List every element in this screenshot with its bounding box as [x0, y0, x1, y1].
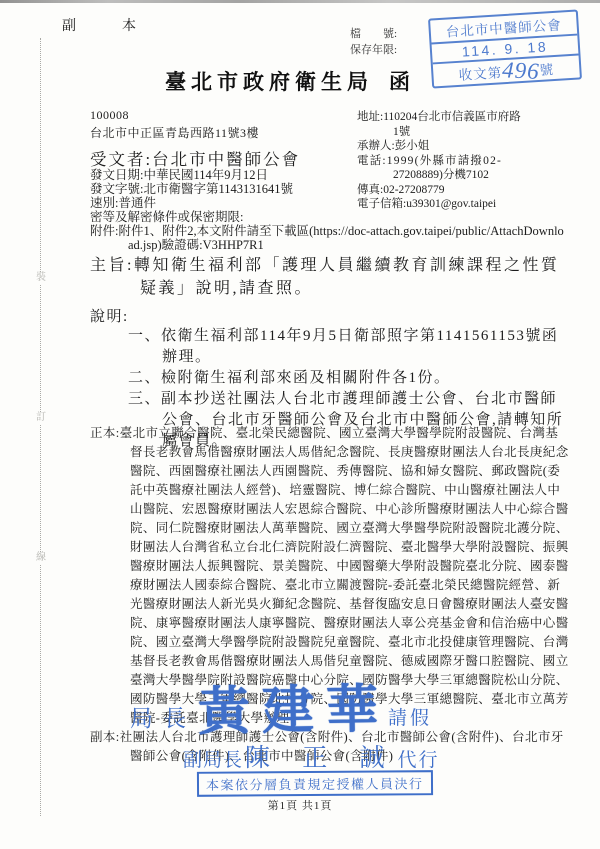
copy-list: 社團法人台北市護理師護士公會(含附件)、台北市醫師公會(含附件)、台北市牙醫師公…: [120, 730, 564, 763]
recipient-block: 100008 台北市中正區青島西路11號3樓 受文者:台北市中醫師公會: [90, 108, 300, 170]
item-1-text: 依衛生福利部114年9月5日衛部照字第1141561153號函辦理。: [161, 328, 558, 365]
security-classification: 密等及解密條件或保密期限:: [90, 210, 568, 224]
contact-officer: 承辦人:彭小姐: [357, 139, 577, 154]
distribution-block: 正本:臺北市立聯合醫院、臺北榮民總醫院、國立臺灣大學醫學院附設醫院、台灣基督長老…: [90, 424, 571, 766]
document-number: 發文字號:北市衛醫字第1143131641號: [90, 182, 568, 196]
page-number-footer: 第1頁 共1頁: [0, 797, 600, 813]
subject-label: 主旨:: [90, 257, 134, 274]
subject-text: 轉知衛生福利部「護理人員繼續教育訓練課程之性質疑義」說明,請查照。: [134, 257, 560, 297]
copy-recipients: 副本:社團法人台北市護理師護士公會(含附件)、台北市醫師公會(含附件)、台北市牙…: [90, 728, 571, 766]
attachment-text: 附件1、附件2,本文附件請至下載區(https://doc-attach.gov…: [118, 224, 563, 252]
scanned-official-letter: 裝 訂 線 副 本 檔 號: 保存年限: 台北市中醫師公會 114. 9. 18…: [0, 0, 600, 849]
original-recipients: 正本:臺北市立聯合醫院、臺北榮民總醫院、國立臺灣大學醫學院附設醫院、台灣基督長老…: [90, 424, 571, 728]
document-meta-block: 發文日期:中華民國114年9月12日 發文字號:北市衛醫字第1143131641…: [90, 168, 568, 252]
original-label: 正本:: [90, 426, 120, 440]
attachment-label: 附件:: [90, 224, 118, 238]
explanation-item-2: 二、檢附衛生福利部來函及相關附件各1份。: [128, 368, 568, 389]
copy-label: 副 本: [62, 15, 152, 35]
item-1-number: 一、: [128, 328, 161, 344]
binding-dotted-line: [40, 38, 41, 816]
explanation-item-1: 一、依衛生福利部114年9月5日衛部照字第1141561153號函辦理。: [128, 326, 568, 368]
recipient-line: 受文者:台北市中醫師公會: [90, 146, 300, 170]
contact-address-line2: 1號: [357, 125, 577, 140]
copy-recipients-label: 副本:: [90, 730, 120, 744]
item-2-text: 檢附衛生福利部來函及相關附件各1份。: [161, 370, 451, 386]
delivery-speed: 速別:普通件: [90, 196, 568, 210]
recipient-address: 台北市中正區青島西路11號3樓: [90, 124, 300, 141]
doc-type: 函: [389, 70, 415, 94]
binding-mark-xian: 線: [34, 552, 48, 564]
contact-address-line1: 地址:110204台北市信義區市府路: [357, 110, 577, 125]
item-3-number: 三、: [128, 391, 161, 407]
recipient-name: 台北市中醫師公會: [152, 150, 300, 169]
contact-phone-line1: 電話:1999(外縣市請撥02-: [357, 154, 577, 169]
scan-edge-artifact: [0, 0, 600, 3]
retention-period-label: 保存年限:: [350, 42, 397, 58]
binding-mark-ding: 訂: [34, 412, 48, 424]
page-title: 臺北市政府衛生局函: [100, 66, 480, 96]
recipient-label: 受文者:: [90, 150, 152, 169]
issuing-agency: 臺北市政府衛生局: [165, 70, 373, 94]
authorization-stamp: 本案依分層負責規定授權人員決行: [197, 770, 433, 797]
receipt-number-suffix: 號: [539, 62, 554, 78]
receipt-number-handwritten: 496: [502, 63, 540, 79]
issue-date: 發文日期:中華民國114年9月12日: [90, 168, 568, 182]
file-number-block: 檔 號: 保存年限:: [350, 26, 397, 58]
item-2-number: 二、: [128, 370, 161, 386]
attachment-line: 附件:附件1、附件2,本文附件請至下載區(https://doc-attach.…: [90, 224, 568, 252]
explanation-label: 說明:: [90, 305, 568, 326]
file-number-label: 檔 號:: [350, 26, 397, 42]
letter-body: 主旨:轉知衛生福利部「護理人員繼續教育訓練課程之性質疑義」說明,請查照。 說明:…: [90, 254, 568, 452]
original-list: 臺北市立聯合醫院、臺北榮民總醫院、國立臺灣大學醫學院附設醫院、台灣基督長老教會馬…: [120, 426, 569, 725]
binding-mark-zhuang: 裝: [34, 272, 48, 284]
subject-line: 主旨:轉知衛生福利部「護理人員繼續教育訓練課程之性質疑義」說明,請查照。: [90, 254, 568, 300]
recipient-code: 100008: [90, 108, 300, 123]
